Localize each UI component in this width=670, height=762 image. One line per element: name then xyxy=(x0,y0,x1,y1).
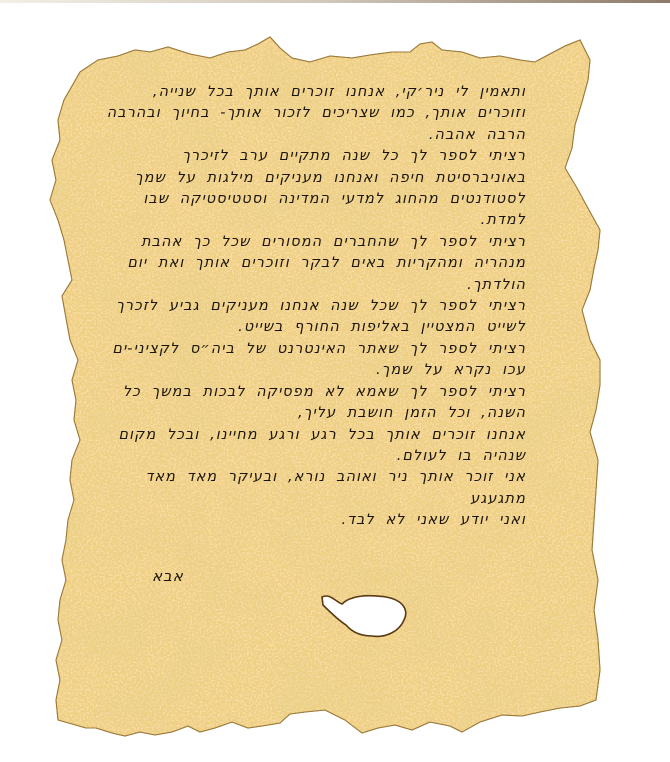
letter-paragraph: ותאמין לי ניר׳קי, אנחנו זוכרים אותך בכל … xyxy=(100,82,526,146)
signature: אבא xyxy=(152,567,184,585)
letter-paragraph: אנחנו זוכרים אותך בכל רגע ורגע מחיינו, ו… xyxy=(100,425,526,468)
letter-body: ותאמין לי ניר׳קי, אנחנו זוכרים אותך בכל … xyxy=(100,82,526,532)
letter-paragraph: רציתי לספר לך שהחברים המסורים שכל כך אהב… xyxy=(100,232,526,296)
letter-paragraph: רציתי לספר לך כל שנה מתקיים ערב לזיכרך ב… xyxy=(100,146,526,232)
letter-paragraph: אני זוכר אותך ניר ואוהב נורא, ובעיקר מאד… xyxy=(100,467,526,510)
letter-paragraph: ואני יודע שאני לא לבד. xyxy=(100,510,526,531)
letter-paragraph: רציתי לספר לך שאמא לא מפסיקה לבכות במשך … xyxy=(100,382,526,425)
letter-paragraph: רציתי לספר לך שכל שנה אנחנו מעניקים גביע… xyxy=(100,296,526,339)
letter-paragraph: רציתי לספר לך שאתר האינטרנט של ביה״ס לקצ… xyxy=(100,339,526,382)
